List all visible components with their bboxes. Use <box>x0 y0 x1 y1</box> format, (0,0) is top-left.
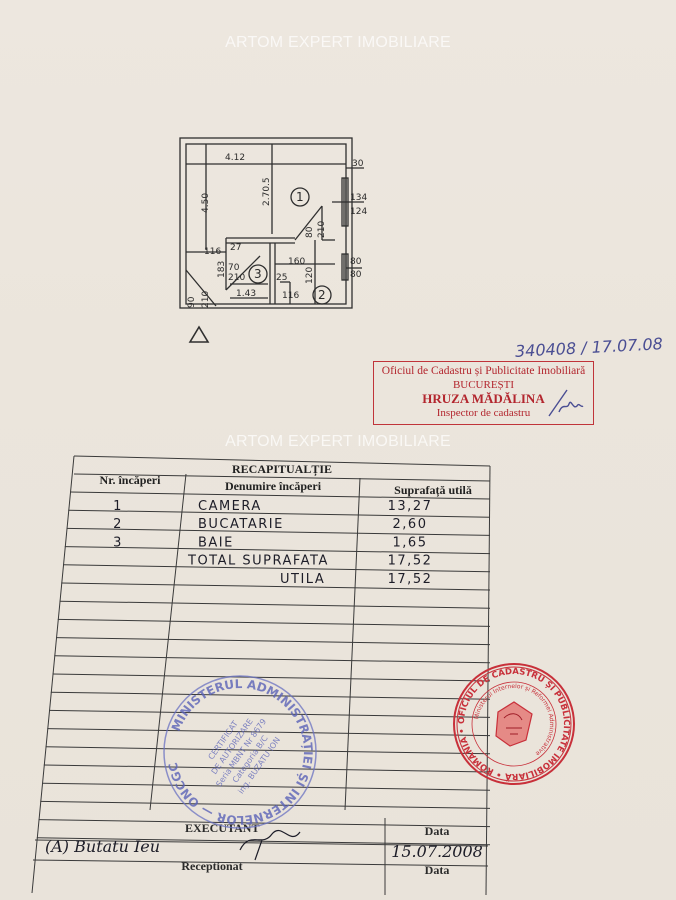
row-room-name: UTILA <box>280 572 325 587</box>
row-number: 3 <box>113 535 123 550</box>
coat-of-arms-icon <box>496 702 532 746</box>
header-name: Denumire încăperi <box>225 479 322 493</box>
executant-name: (A) Butatu Ieu <box>45 837 160 856</box>
data-label-2: Data <box>425 863 450 877</box>
row-area: 13,27 <box>388 499 433 514</box>
row-room-name: BAIE <box>198 535 234 550</box>
row-area: 2,60 <box>393 517 428 532</box>
row-area: 1,65 <box>393 535 428 550</box>
row-room-name: BUCATARIE <box>198 517 284 532</box>
row-area: 17,52 <box>388 554 433 569</box>
row-number: 1 <box>113 499 123 514</box>
receptionat-label: Receptionat <box>181 859 242 873</box>
red-official-seal: OFICIUL DE CADASTRU ȘI PUBLICITATE IMOBI… <box>452 662 576 786</box>
row-area: 17,52 <box>388 572 433 587</box>
data-label-1: Data <box>425 824 450 838</box>
row-room-name: TOTAL SUPRAFATA <box>187 554 329 569</box>
blue-certification-stamp: MINISTERUL ADMINISTRAȚIEI ȘI INTERNELOR … <box>160 672 320 832</box>
header-nr: Nr. încăperi <box>100 473 162 487</box>
data-value-1: 15.07.2008 <box>391 842 483 861</box>
header-area: Suprafață utilă <box>394 483 472 498</box>
row-room-name: CAMERA <box>198 499 262 514</box>
table-title: RECAPITUALȚIE <box>232 462 332 477</box>
row-number: 2 <box>113 517 123 532</box>
